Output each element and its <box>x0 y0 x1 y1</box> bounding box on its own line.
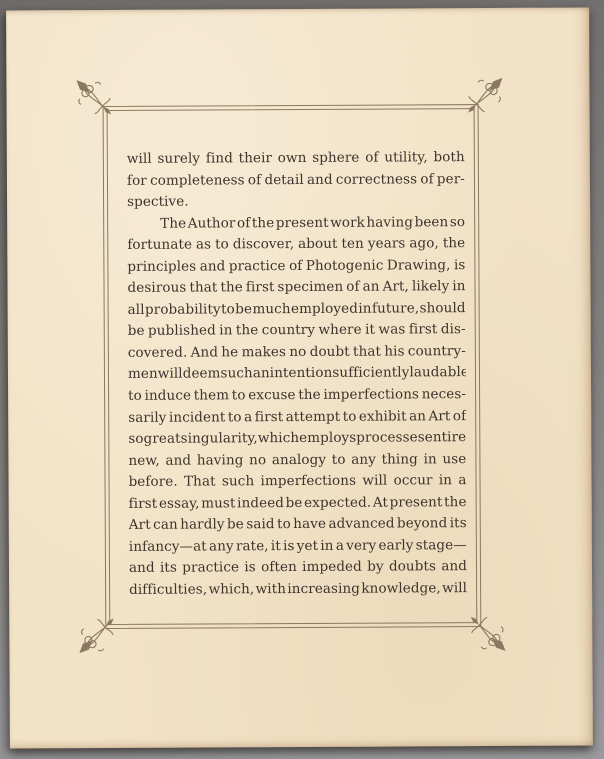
page-body-text: willsurelyfindtheirownsphereofutility,bo… <box>127 147 467 601</box>
text-line: bepublishedinthecountrywhereitwasfirstdi… <box>128 320 466 343</box>
scan-background: willsurelyfindtheirownsphereofutility,bo… <box>0 0 604 759</box>
text-line: forcompletenessofdetailandcorrectnessofp… <box>127 169 465 192</box>
text-line: TheAuthorofthepresentworkhavingbeenso <box>127 212 465 235</box>
text-line: willsurelyfindtheirownsphereofutility,bo… <box>127 147 465 170</box>
corner-flourish-bottom-left-icon <box>76 612 120 656</box>
corner-flourish-top-right-icon <box>461 75 505 119</box>
text-line: firstessay,mustindeedbeexpected.Atpresen… <box>129 492 467 515</box>
text-line: menwilldeemsuchanintentionsufficientlyla… <box>128 363 466 386</box>
text-line: toinducethemtoexcusetheimperfectionsnece… <box>128 384 466 407</box>
text-line: infancy—atanyrate,itisyetinaveryearlysta… <box>129 535 467 558</box>
text-line: before.Thatsuchimperfectionswilloccurina <box>128 470 466 493</box>
text-line: allprobabilitytobemuchemployedinfuture,s… <box>128 298 466 321</box>
book-page: willsurelyfindtheirownsphereofutility,bo… <box>6 7 593 748</box>
text-line: sogreatsingularity,whichemploysprocesses… <box>128 427 466 450</box>
text-line: difficulties,which,withincreasingknowled… <box>129 578 467 601</box>
text-line: Artcanhardlybesaidtohaveadvancedbeyondit… <box>129 513 467 536</box>
text-line: fortunateastodiscover,abouttenyearsago,t… <box>127 233 465 256</box>
text-line: new,andhavingnoanalogytoanythinginuse <box>128 449 466 472</box>
corner-flourish-top-left-icon <box>73 77 117 121</box>
text-line: sarilyincidenttoafirstattempttoexhibitan… <box>128 406 466 429</box>
text-line: spective. <box>127 190 465 213</box>
text-line: desirousthatthefirstspecimenofanArt,like… <box>127 276 465 299</box>
text-line: anditspracticeisoftenimpededbydoubtsand <box>129 557 467 580</box>
text-line: principlesandpracticeofPhotogenicDrawing… <box>127 255 465 278</box>
corner-flourish-bottom-right-icon <box>464 610 508 654</box>
text-line: covered.Andhemakesnodoubtthathiscountry- <box>128 341 466 364</box>
